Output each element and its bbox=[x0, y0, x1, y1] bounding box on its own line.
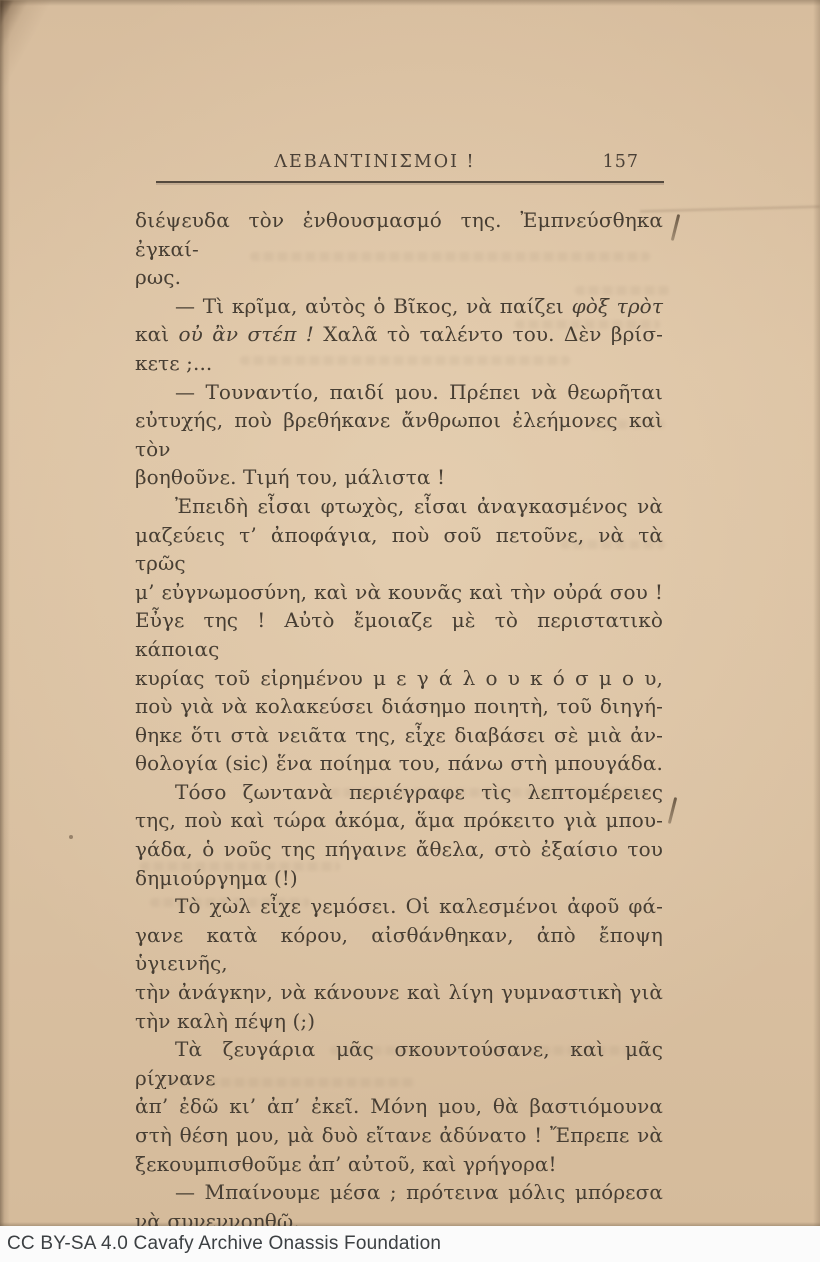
pencil-slash-mark bbox=[668, 797, 677, 824]
text-segment: — Τὶ κρῖμα, αὐτὸς ὁ Βῖκος, νὰ παίζει bbox=[175, 294, 572, 318]
text-line: ρως. bbox=[135, 263, 663, 292]
text-line: στὴ θέση μου, μὰ δυὸ εἴτανε ἀδύνατο ! Ἔπ… bbox=[135, 1121, 663, 1150]
header-rule bbox=[156, 181, 664, 183]
text-line: διέψευδα τὸν ἐνθουσμασμό της. Ἐμπνεύσθηκ… bbox=[135, 206, 663, 263]
page-edge-right bbox=[813, 0, 820, 1226]
text-line: ποὺ γιὰ νὰ κολακεύσει διάσημο ποιητὴ, το… bbox=[135, 692, 663, 721]
footer-attribution: CC BY-SA 4.0 Cavafy Archive Onassis Foun… bbox=[0, 1226, 820, 1262]
text-line: κυρίας τοῦ εἰρημένου μ ε γ ά λ ο υ κ ό σ… bbox=[135, 664, 663, 693]
license-text: CC BY-SA 4.0 Cavafy Archive Onassis Foun… bbox=[0, 1233, 441, 1255]
running-header: ΛΕΒΑΝΤΙΝΙΣΜΟΙ ! 157 bbox=[135, 152, 663, 178]
text-line: θολογία (sic) ἕνα ποίημα του, πάνω στὴ μ… bbox=[135, 749, 663, 778]
text-line: της, ποὺ καὶ τώρα ἀκόμα, ἅμα πρόκειτο γι… bbox=[135, 806, 663, 835]
scanned-book-page: ΛΕΒΑΝΤΙΝΙΣΜΟΙ ! 157 διέψευδα τὸν ἐνθουσμ… bbox=[0, 0, 820, 1262]
text-line: ἀπ’ ἐδῶ κι’ ἀπ’ ἐκεῖ. Μόνη μου, θὰ βαστι… bbox=[135, 1092, 663, 1121]
paper-crease bbox=[640, 206, 820, 213]
text-line: γάδα, ὁ νοῦς της πήγαινε ἄθελα, στὸ ἐξαί… bbox=[135, 835, 663, 864]
text-line: μ’ εὐγνωμοσύνη, καὶ νὰ κουνᾶς καὶ τὴν οὐ… bbox=[135, 578, 663, 607]
page-edge-top bbox=[0, 0, 820, 6]
pencil-dot-mark bbox=[69, 835, 73, 839]
page-edge-left bbox=[0, 0, 10, 1226]
text-line: δημιούργημα (!) bbox=[135, 864, 663, 893]
text-line: Τὸ χὼλ εἶχε γεμόσει. Οἱ καλεσμένοι ἀφοῦ … bbox=[135, 892, 663, 921]
text-line: βοηθοῦνε. Τιμή του, μάλιστα ! bbox=[135, 463, 663, 492]
body-text: διέψευδα τὸν ἐνθουσμασμό της. Ἐμπνεύσθηκ… bbox=[135, 206, 663, 1226]
text-line: μαζεύεις τ’ ἀποφάγια, ποὺ σοῦ πετοῦνε, ν… bbox=[135, 521, 663, 578]
text-line: γανε κατὰ κόρου, αἰσθάνθηκαν, ἀπὸ ἔποψη … bbox=[135, 921, 663, 978]
page-title: ΛΕΒΑΝΤΙΝΙΣΜΟΙ ! bbox=[111, 152, 639, 172]
text-line: καὶ οὐ ἂν στέπ ! Χαλᾶ τὸ ταλέντο του. Δὲ… bbox=[135, 320, 663, 349]
text-line: ξεκουμπισθοῦμε ἀπ’ αὐτοῦ, καὶ γρήγορα! bbox=[135, 1150, 663, 1179]
text-segment-italic: φὸξ τρὸτ bbox=[572, 294, 663, 318]
page-scan: ΛΕΒΑΝΤΙΝΙΣΜΟΙ ! 157 διέψευδα τὸν ἐνθουσμ… bbox=[0, 0, 820, 1226]
text-line: Τόσο ζωντανὰ περιέγραφε τὶς λεπτομέρειες bbox=[135, 778, 663, 807]
text-line: Εὖγε της ! Αὐτὸ ἔμοιαζε μὲ τὸ περιστατικ… bbox=[135, 606, 663, 663]
text-segment: καὶ bbox=[135, 322, 179, 346]
page-corner-shadow bbox=[0, 0, 80, 200]
text-line: Ἐπειδὴ εἶσαι φτωχὸς, εἶσαι ἀναγκασμένος … bbox=[135, 492, 663, 521]
text-line: τὴν καλὴ πέψη (;) bbox=[135, 1007, 663, 1036]
page-number: 157 bbox=[603, 152, 639, 172]
text-line: — Τὶ κρῖμα, αὐτὸς ὁ Βῖκος, νὰ παίζει φὸξ… bbox=[135, 292, 663, 321]
text-line: θηκε ὅτι στὰ νειᾶτα της, εἶχε διαβάσει σ… bbox=[135, 721, 663, 750]
text-line: κετε ;... bbox=[135, 349, 663, 378]
text-line: εὐτυχής, ποὺ βρεθήκανε ἄνθρωποι ἐλεήμονε… bbox=[135, 406, 663, 463]
text-line: νὰ συνεννοηθῶ. bbox=[135, 1207, 663, 1226]
text-segment: Χαλᾶ τὸ ταλέντο του. Δὲν βρίσ- bbox=[314, 322, 663, 346]
pencil-slash-mark bbox=[671, 214, 680, 241]
text-segment-italic: οὐ ἂν στέπ ! bbox=[179, 322, 314, 346]
text-line: τὴν ἀνάγκην, νὰ κάνουνε καὶ λίγη γυμναστ… bbox=[135, 978, 663, 1007]
text-line: — Μπαίνουμε μέσα ; πρότεινα μόλις μπόρεσ… bbox=[135, 1178, 663, 1207]
text-line: Τὰ ζευγάρια μᾶς σκουντούσανε, καὶ μᾶς ρί… bbox=[135, 1035, 663, 1092]
text-line: — Τουναντίο, παιδί μου. Πρέπει νὰ θεωρῆτ… bbox=[135, 378, 663, 407]
